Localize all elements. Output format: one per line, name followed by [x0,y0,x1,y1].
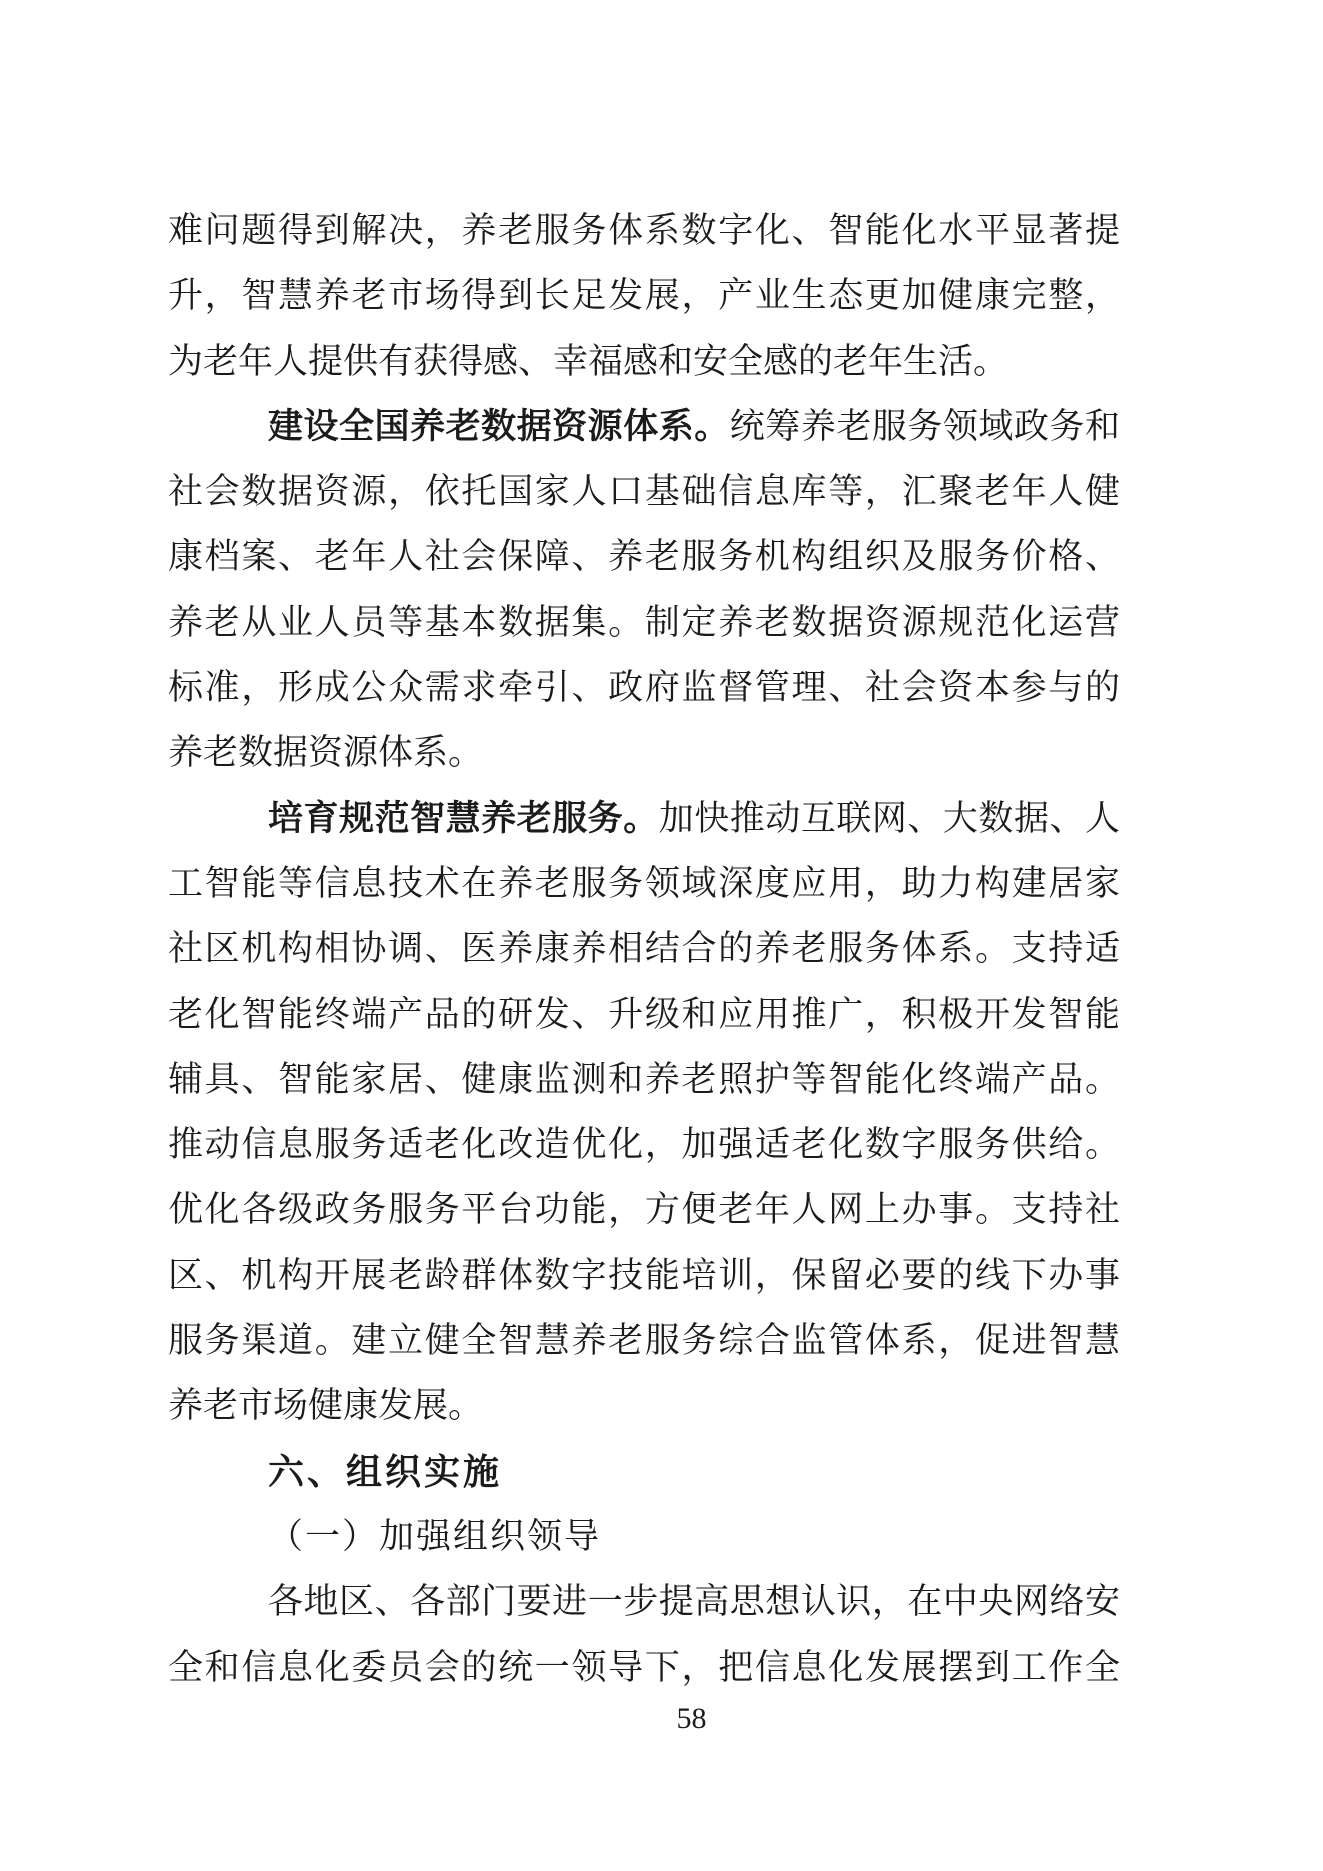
paragraph-start-line: 建设全国养老数据资源体系。统筹养老服务领域政务和 [168,394,1120,459]
body-line: 工智能等信息技术在养老服务领域深度应用，助力构建居家 [168,851,1120,916]
paragraph-lead-bold: 建设全国养老数据资源体系。 [268,407,730,446]
paragraph-lead-rest: 加快推动互联网、大数据、人 [659,799,1120,838]
body-line: 区、机构开展老龄群体数字技能培训，保留必要的线下办事 [168,1243,1120,1308]
body-line: 康档案、老年人社会保障、养老服务机构组织及服务价格、 [168,524,1120,589]
paragraph-start-line: 各地区、各部门要进一步提高思想认识，在中央网络安 [168,1569,1120,1634]
page-number: 58 [677,1702,707,1735]
paragraph-start-line: 培育规范智慧养老服务。加快推动互联网、大数据、人 [168,786,1120,851]
body-line: 推动信息服务适老化改造优化，加强适老化数字服务供给。 [168,1112,1120,1177]
paragraph-lead-rest: 统筹养老服务领域政务和 [730,407,1120,446]
section-heading: 六、组织实施 [168,1439,1120,1504]
body-line: 难问题得到解决，养老服务体系数字化、智能化水平显著提 [168,198,1120,263]
body-line: 养老市场健康发展。 [168,1373,1120,1438]
body-line: 社区机构相协调、医养康养相结合的养老服务体系。支持适 [168,916,1120,981]
body-line: 全和信息化委员会的统一领导下，把信息化发展摆到工作全 [168,1635,1120,1700]
body-line: 服务渠道。建立健全智慧养老服务综合监管体系，促进智慧 [168,1308,1120,1373]
paragraph-lead-bold: 培育规范智慧养老服务。 [268,799,659,838]
body-line: 社会数据资源，依托国家人口基础信息库等，汇聚老年人健 [168,459,1120,524]
page-footer: 58 [0,1694,1323,1744]
body-line: 优化各级政务服务平台功能，方便老年人网上办事。支持社 [168,1177,1120,1242]
body-line: 老化智能终端产品的研发、升级和应用推广，积极开发智能 [168,982,1120,1047]
subsection-heading: （一）加强组织领导 [168,1504,1120,1569]
body-line: 辅具、智能家居、健康监测和养老照护等智能化终端产品。 [168,1047,1120,1112]
body-line: 养老数据资源体系。 [168,720,1120,785]
body-line: 标准，形成公众需求牵引、政府监督管理、社会资本参与的 [168,655,1120,720]
document-page: 难问题得到解决，养老服务体系数字化、智能化水平显著提 升，智慧养老市场得到长足发… [0,0,1323,1871]
document-body: 难问题得到解决，养老服务体系数字化、智能化水平显著提 升，智慧养老市场得到长足发… [168,198,1120,1700]
body-line: 为老年人提供有获得感、幸福感和安全感的老年生活。 [168,329,1120,394]
body-line: 升，智慧养老市场得到长足发展，产业生态更加健康完整， [168,263,1120,328]
body-line: 养老从业人员等基本数据集。制定养老数据资源规范化运营 [168,590,1120,655]
